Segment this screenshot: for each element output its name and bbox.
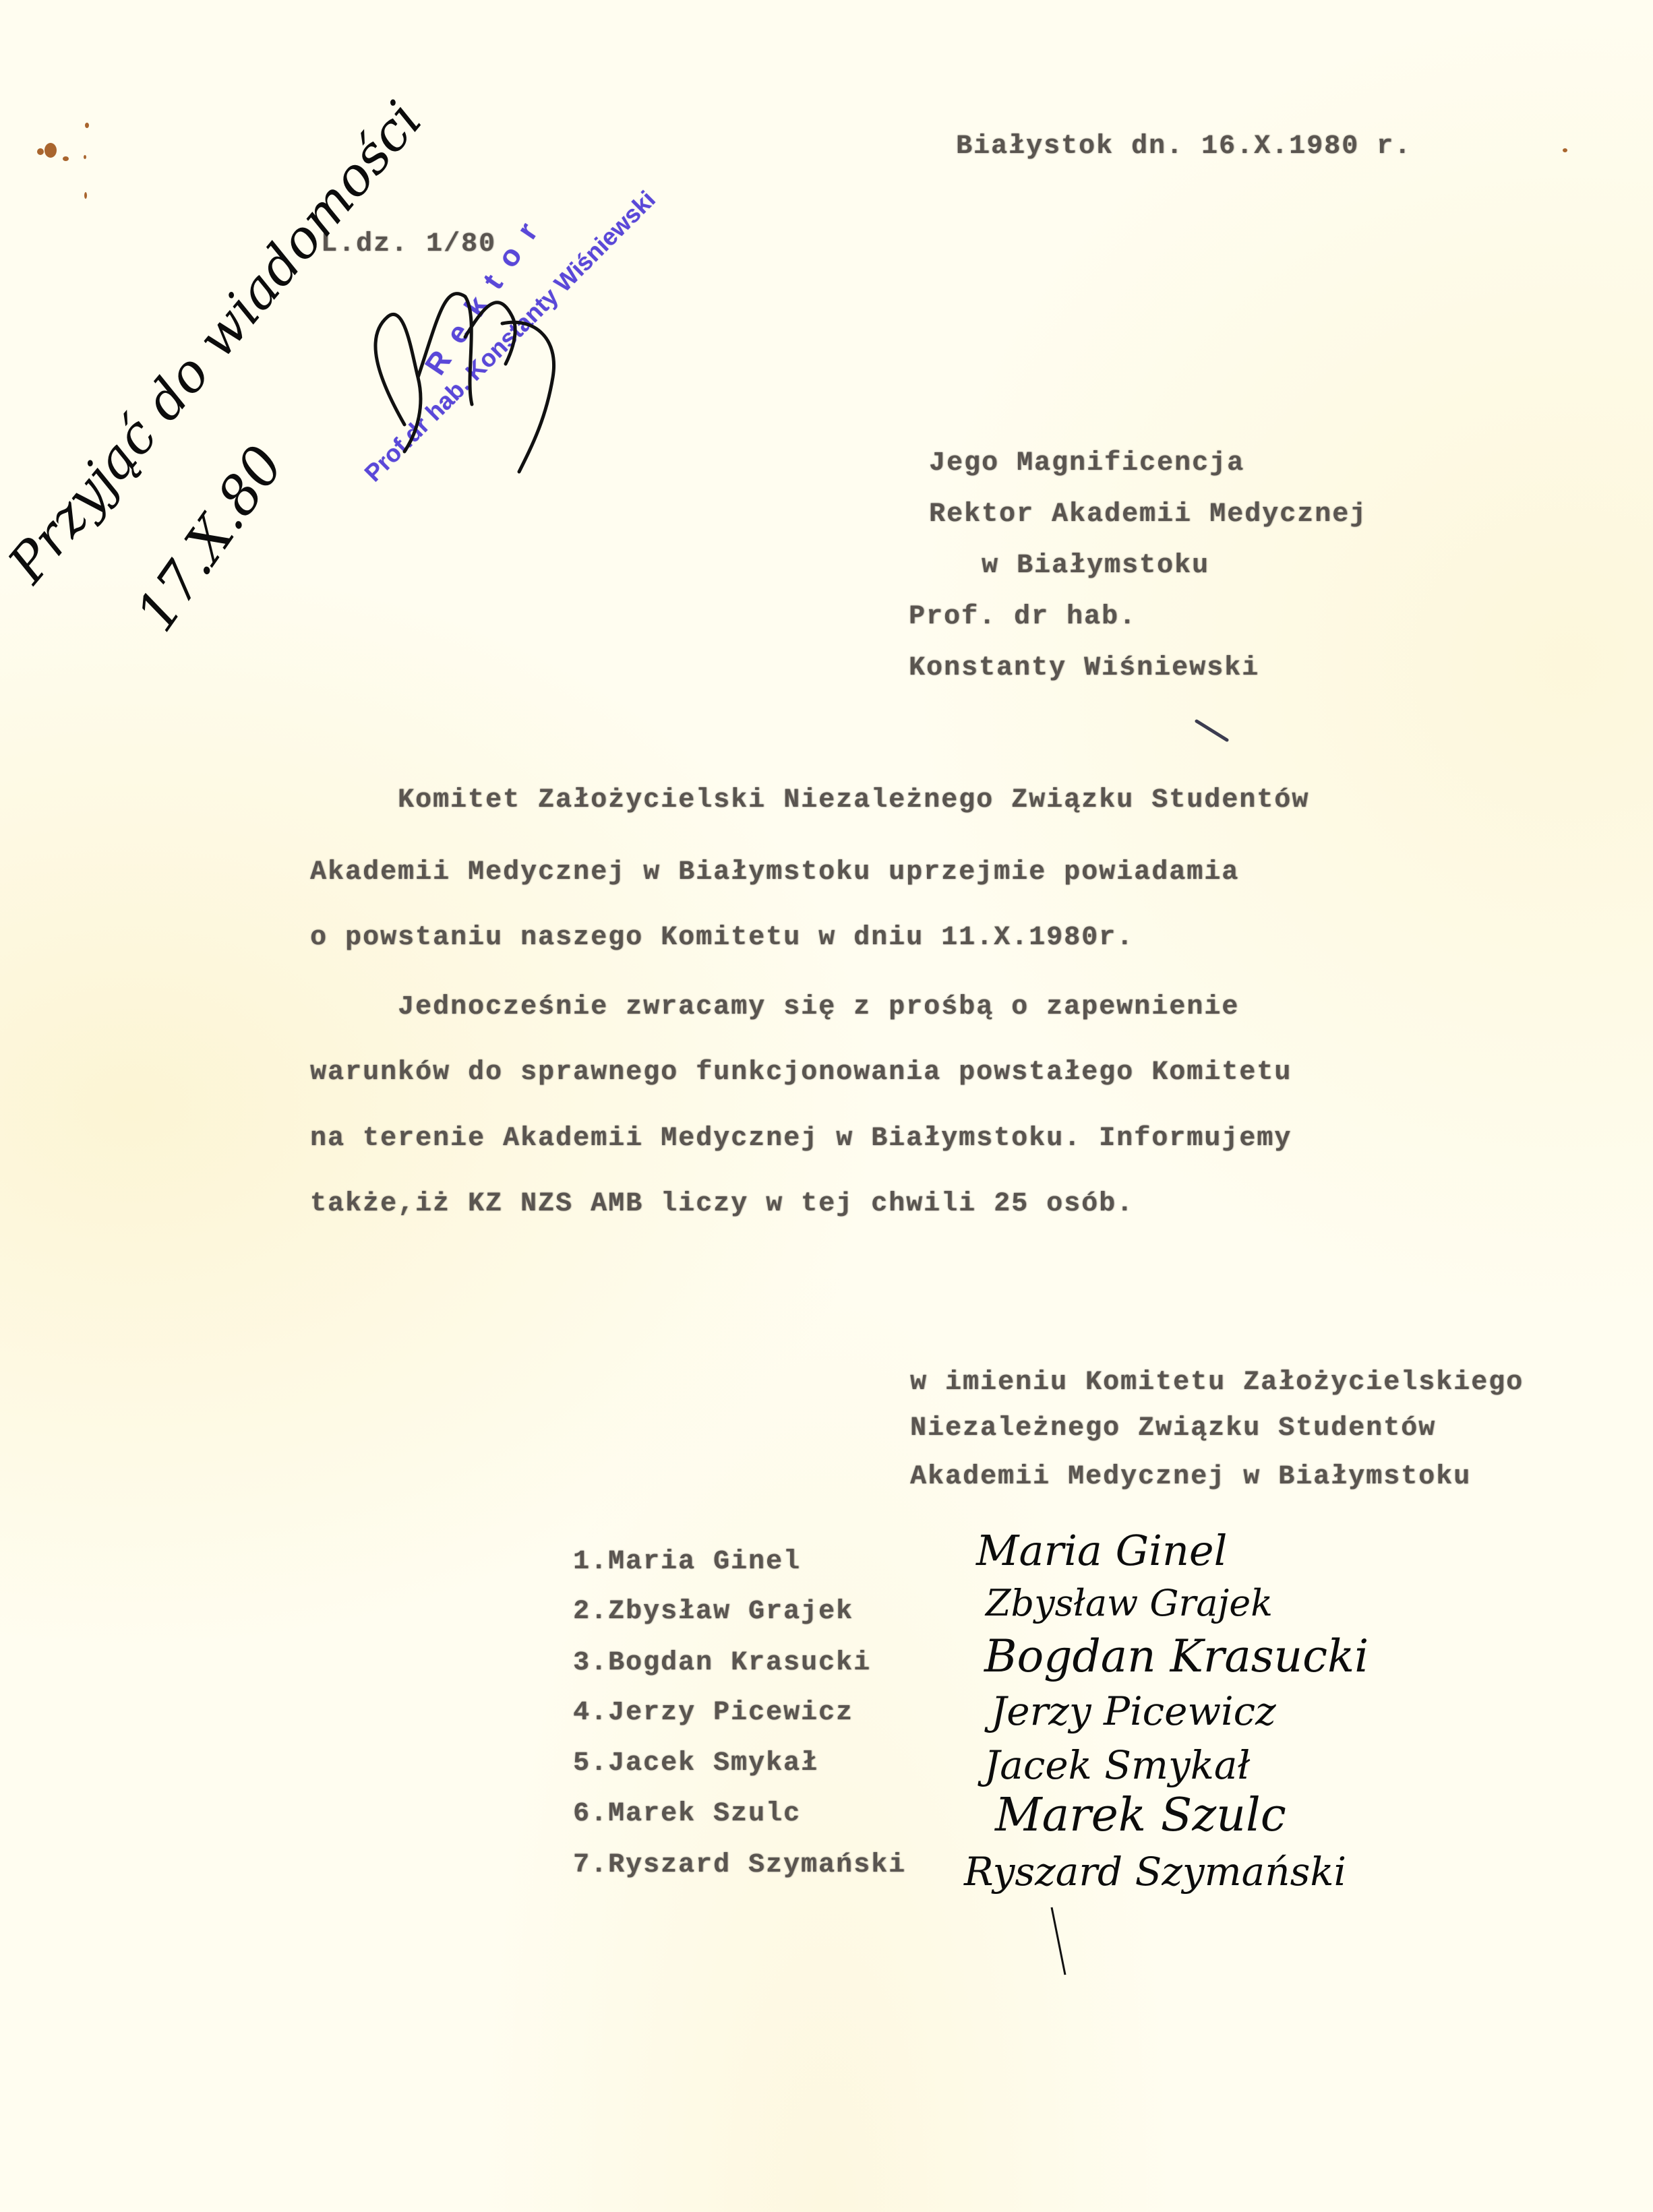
signatory-name: 7.Ryszard Szymański [573,1852,906,1879]
body-line: Komitet Założycielski Niezależnego Związ… [310,787,1309,814]
place-date: Białystok dn. 16.X.1980 r. [956,133,1412,160]
closing-line: w imieniu Komitetu Założycielskiego [910,1370,1524,1396]
signatory-name: 3.Bogdan Krasucki [573,1650,871,1677]
body-line: Akademii Medycznej w Białymstoku uprzejm… [310,859,1239,886]
body-line: na terenie Akademii Medycznej w Białymst… [310,1126,1292,1153]
reference-number: L.dz. 1/80 [321,231,496,258]
signature: Bogdan Krasucki [984,1634,1369,1679]
signatory-name: 6.Marek Szulc [573,1801,801,1828]
signature: Zbysław Grajek [986,1585,1273,1622]
signatory-name: 1.Maria Ginel [573,1549,801,1576]
signature: Maria Ginel [976,1530,1227,1572]
signature: Jacek Smykał [984,1746,1250,1785]
recipient-line: Prof. dr hab. [909,604,1137,631]
annotation-date: 17.X.80 [127,437,292,640]
signature: Marek Szulc [995,1793,1286,1839]
body-line: warunków do sprawnego funkcjonowania pow… [310,1059,1292,1086]
body-line: Jednocześnie zwracamy się z prośbą o zap… [310,994,1239,1021]
body-line: także,iż KZ NZS AMB liczy w tej chwili 2… [310,1191,1134,1218]
closing-line: Akademii Medycznej w Białymstoku [910,1464,1471,1491]
signature: Ryszard Szymański [964,1852,1346,1891]
recipient-line: Konstanty Wiśniewski [909,655,1259,682]
closing-line: Niezależnego Związku Studentów [910,1415,1436,1442]
signatory-name: 2.Zbysław Grajek [573,1599,853,1626]
signature: Jerzy Picewicz [991,1692,1276,1731]
recipient-line: w Białymstoku [929,553,1209,580]
body-line: o powstaniu naszego Komitetu w dniu 11.X… [310,925,1134,952]
signatory-name: 5.Jacek Smykał [573,1750,818,1777]
recipient-line: Jego Magnificencja [929,450,1244,477]
signatory-name: 4.Jerzy Picewicz [573,1700,853,1727]
recipient-line: Rektor Akademii Medycznej [929,501,1367,528]
